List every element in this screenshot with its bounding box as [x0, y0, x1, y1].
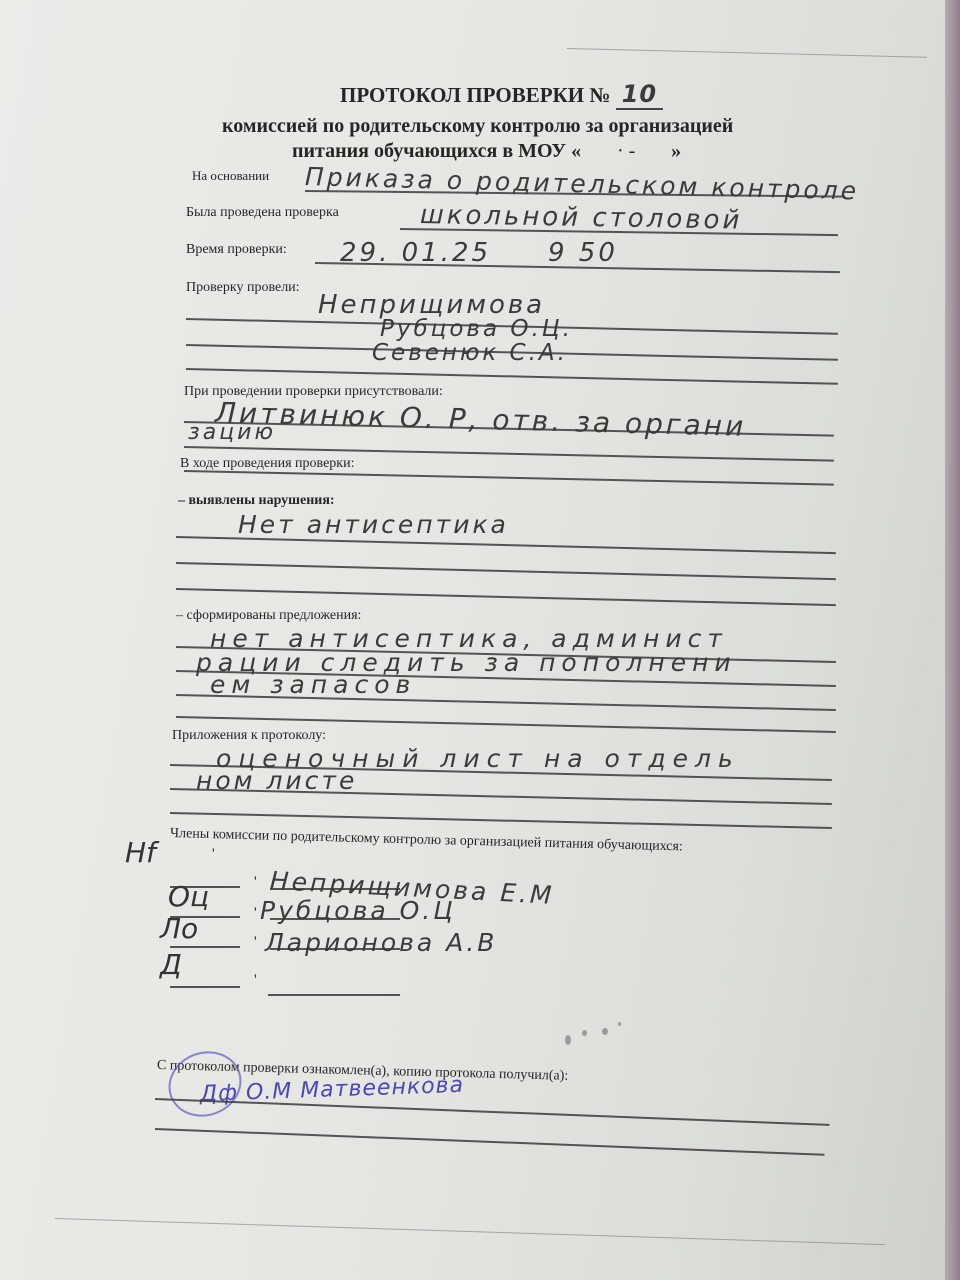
inspectors-rule-3 — [186, 368, 838, 385]
member-name-3: Ларионова А.В — [265, 928, 497, 957]
signature-loop-icon — [159, 1041, 250, 1126]
member-name-rule — [270, 948, 400, 950]
protocol-page: ПРОТОКОЛ ПРОВЕРКИ № 10 комиссией по роди… — [0, 0, 945, 1280]
member-signature-rule — [170, 916, 240, 918]
speck — [582, 1030, 587, 1036]
subtitle-text: питания обучающихся в МОУ « — [292, 140, 581, 162]
time-label: Время проверки: — [186, 242, 287, 258]
speck — [602, 1028, 608, 1035]
member-separator: ' — [212, 846, 215, 863]
inspection-label: Была проведена проверка — [186, 205, 339, 221]
acknowledgement-rule-1 — [155, 1098, 830, 1126]
proposals-rule-3 — [176, 694, 836, 711]
member-signature-rule — [170, 946, 240, 948]
member-separator: ' — [254, 972, 257, 989]
member-name-rule — [270, 918, 400, 920]
attachments-rule-2 — [170, 788, 832, 805]
member-name-2: Рубцова О.Ц — [260, 896, 456, 925]
violations-line-1: Нет антисептика — [238, 510, 509, 539]
attachments-rule-3 — [170, 812, 832, 829]
violations-label: – выявлены нарушения: — [178, 493, 335, 509]
member-signature-4: Д — [160, 948, 182, 981]
subtitle-close: » — [671, 140, 681, 162]
member-signature-rule — [170, 986, 240, 988]
proposals-label: – сформированы предложения: — [176, 608, 361, 624]
inspectors-label: Проверку провели: — [186, 280, 300, 296]
member-name-rule — [268, 994, 400, 996]
present-line-1: Литвинюк О. Р, отв. за органи — [215, 396, 747, 443]
violations-rule-2 — [176, 562, 836, 580]
member-name-rule — [270, 888, 400, 890]
school-name: · - — [586, 140, 666, 163]
page-edge — [945, 0, 960, 1280]
speck — [618, 1022, 621, 1026]
inspector-name-2: Рубцова О.Ц. — [380, 316, 573, 342]
basis-value: Приказа о родительском контроле — [305, 162, 860, 205]
commission-label: Члены комиссии по родительскому контролю… — [170, 826, 683, 855]
during-rule — [184, 470, 834, 486]
member-separator: ' — [254, 874, 257, 891]
violations-rule-3 — [176, 588, 836, 606]
member-signature-rule — [170, 886, 240, 888]
basis-label: На основании — [192, 168, 269, 184]
top-rule — [567, 48, 927, 58]
acknowledgement-rule-2 — [155, 1128, 825, 1156]
member-separator: ' — [254, 934, 257, 951]
member-signature-1: Нf — [125, 836, 156, 869]
member-signature-2: Оц — [168, 880, 209, 913]
member-separator: ' — [254, 905, 257, 922]
protocol-number: 10 — [616, 80, 663, 110]
document-title: ПРОТОКОЛ ПРОВЕРКИ № 10 — [340, 80, 663, 110]
time-hour: 9 50 — [548, 238, 618, 268]
speck — [565, 1035, 571, 1045]
subtitle-line-1: комиссией по родительскому контролю за о… — [222, 115, 733, 138]
attachments-label: Приложения к протоколу: — [172, 728, 326, 744]
subtitle-line-2: питания обучающихся в МОУ « · - » — [292, 140, 681, 163]
bottom-rule — [55, 1218, 885, 1245]
title-prefix: ПРОТОКОЛ ПРОВЕРКИ № — [340, 83, 610, 107]
